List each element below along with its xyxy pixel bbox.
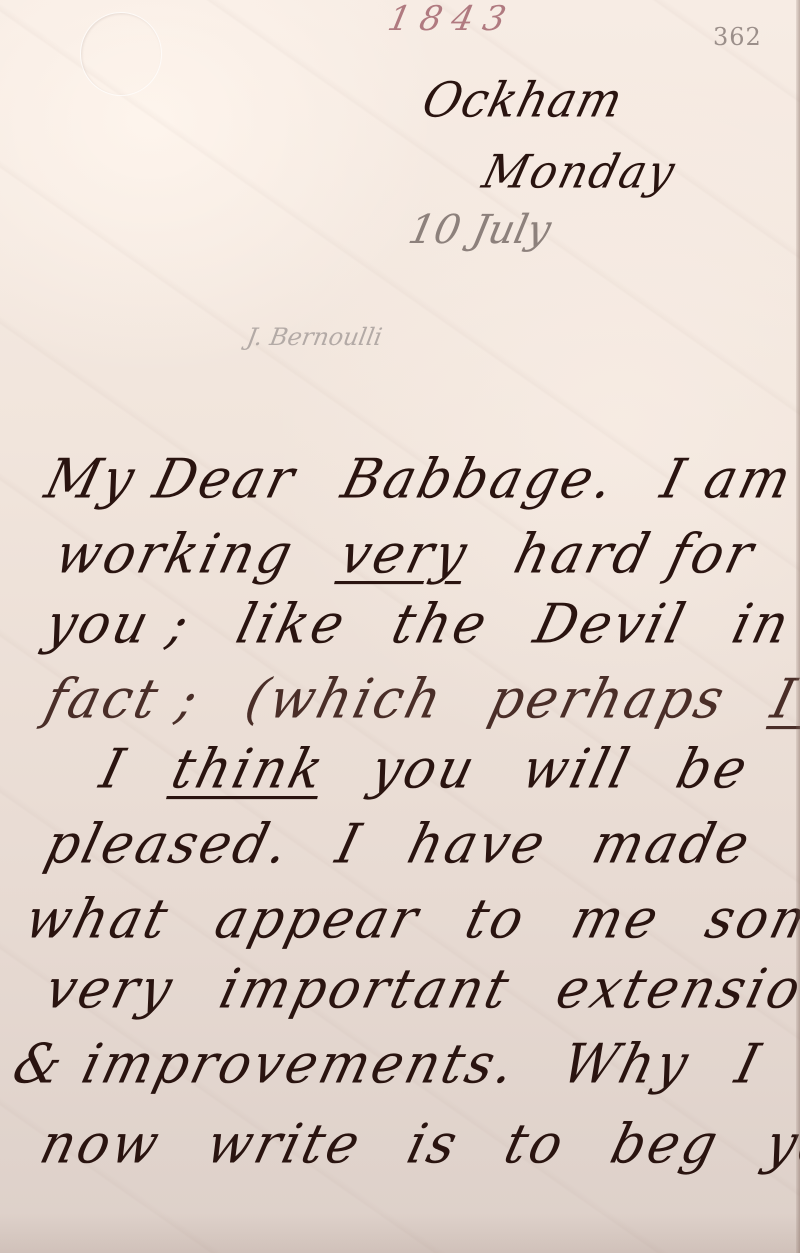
manuscript-page: 1843 362 Ockham Monday 10 July J. Bernou… xyxy=(0,0,800,1253)
date-heading: 10 July xyxy=(405,210,554,250)
body-line-6: pleased.Ihavemade xyxy=(40,817,757,872)
word: hard for xyxy=(508,523,762,586)
word: Devil xyxy=(528,593,694,656)
word: me xyxy=(565,888,667,951)
year-annotation: 1843 xyxy=(385,2,519,36)
word: I am xyxy=(655,448,800,511)
word: working xyxy=(49,523,301,586)
word: made xyxy=(586,813,758,876)
word: be xyxy=(670,738,756,801)
body-line-9: & improvements.WhyI xyxy=(8,1037,768,1092)
body-line-10: nowwriteistobegyou xyxy=(35,1117,800,1172)
word: will xyxy=(516,738,638,801)
folio-number: 362 xyxy=(713,25,762,49)
word: have xyxy=(401,813,553,876)
day-heading: Monday xyxy=(478,150,681,196)
word: I xyxy=(94,738,133,801)
word: you ; xyxy=(39,593,198,656)
word: I xyxy=(330,813,369,876)
word: the xyxy=(386,593,496,656)
page-edge xyxy=(796,0,800,1253)
body-line-3: you ;liketheDevilin xyxy=(40,597,797,652)
body-line-7: whatappeartomesome xyxy=(20,892,800,947)
word: some xyxy=(699,888,800,951)
body-line-1: My DearBabbage.I am xyxy=(40,452,799,507)
body-line-8: veryimportantextensions xyxy=(40,962,800,1017)
word: in xyxy=(726,593,798,656)
underlined-word: very xyxy=(334,523,476,586)
place-heading: Ockham xyxy=(418,76,628,124)
word: (which xyxy=(239,668,450,731)
word: write xyxy=(200,1113,368,1176)
word: important xyxy=(213,958,517,1021)
body-line-5: Ithinkyouwillbe xyxy=(95,742,755,797)
word: & improvements. xyxy=(7,1033,524,1096)
word: you xyxy=(365,738,484,801)
word: Babbage. xyxy=(335,448,622,511)
word: like xyxy=(230,593,353,656)
page-shadow xyxy=(0,1213,800,1253)
word: perhaps xyxy=(483,668,733,731)
word: beg xyxy=(604,1113,726,1176)
word: you xyxy=(759,1113,800,1176)
pencil-note: J. Bernoulli xyxy=(245,325,384,349)
word: appear xyxy=(209,888,427,951)
word: is xyxy=(401,1113,466,1176)
word: extensions xyxy=(550,958,800,1021)
word: very xyxy=(39,958,181,1021)
word: pleased. xyxy=(39,813,298,876)
word: My Dear xyxy=(39,448,303,511)
word: I xyxy=(729,1033,768,1096)
underlined-word: think xyxy=(165,738,332,801)
body-line-2: workingveryhard for xyxy=(50,527,761,582)
underlined-word: I am). xyxy=(765,668,800,731)
word: to xyxy=(459,888,533,951)
word: Why xyxy=(556,1033,697,1096)
word: fact ; xyxy=(39,668,207,731)
word: now xyxy=(34,1113,168,1176)
word: what xyxy=(19,888,177,951)
embossed-stamp-mark xyxy=(80,12,162,96)
body-line-4: fact ;(whichperhapsI am). xyxy=(40,672,800,727)
word: to xyxy=(498,1113,572,1176)
